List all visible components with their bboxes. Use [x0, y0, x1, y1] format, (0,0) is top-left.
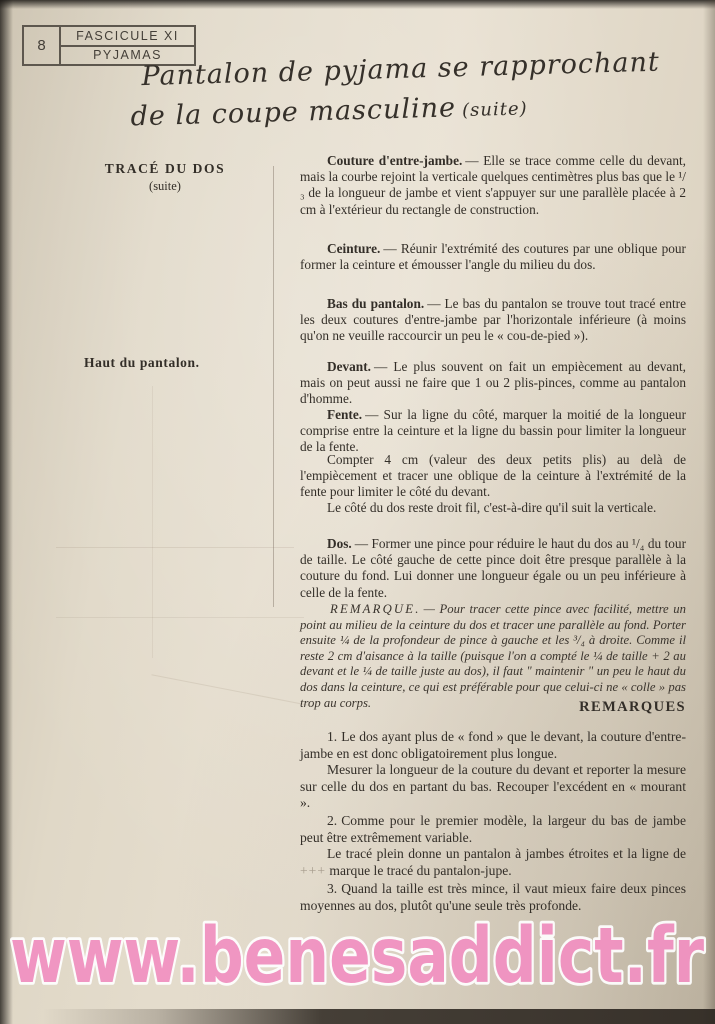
paragraph-lead: Devant. [327, 359, 371, 374]
paragraph-body: Compter 4 cm (valeur des deux petits pli… [300, 452, 686, 499]
item-text: Le tracé plein donne un pantalon à jambe… [327, 846, 686, 861]
photo-edge-left [0, 0, 13, 1024]
paragraph-fente: Fente.— Sur la ligne du côté, marquer la… [300, 407, 686, 456]
photo-edge-bottom [0, 1009, 715, 1024]
paragraph-remarque-italic: REMARQUE.— Pour tracer cette pince avec … [300, 602, 686, 711]
paragraph-lead: Bas du pantalon. [327, 296, 424, 311]
paragraph-lead: Dos. [327, 536, 352, 551]
page-number: 8 [24, 27, 61, 64]
ghost-print-through-line [56, 547, 294, 548]
page-title-line2-text: de la coupe masculine [130, 92, 456, 132]
paragraph-compter: Compter 4 cm (valeur des deux petits pli… [300, 452, 686, 501]
paragraph-body: — Former une pince pour réduire le haut … [300, 536, 686, 600]
page-title-line2: de la coupe masculine(suite) [130, 87, 661, 133]
item-text: Comme pour le premier modèle, la largeur… [300, 813, 686, 845]
scanned-document-page: 8 FASCICULE XI PYJAMAS Pantalon de pyjam… [0, 0, 715, 1024]
photo-edge-top [0, 0, 715, 9]
remarques-heading: REMARQUES [300, 699, 686, 716]
page-title-suite: (suite) [462, 98, 528, 121]
watermark-text: www.benesaddict.fr [10, 912, 704, 1001]
paragraph-lead: Fente. [327, 407, 362, 422]
section-label-trace-du-dos: TRACÉ DU DOS (suite) [86, 161, 244, 194]
remarque-body: — Pour tracer cette pince avec facilité,… [300, 602, 686, 710]
remarques-item-2-continued: Le tracé plein donne un pantalon à jambe… [300, 846, 686, 879]
item-text: Le dos ayant plus de « fond » que le dev… [300, 729, 686, 761]
paragraph-ceinture: Ceinture.— Réunir l'extrémité des coutur… [300, 241, 686, 273]
item-number: 3. [327, 881, 337, 896]
remarque-lead: REMARQUE. [330, 602, 421, 616]
paragraph-lead: Ceinture. [327, 241, 380, 256]
column-rule-line [273, 166, 274, 607]
watermark: www.benesaddict.fr [0, 898, 715, 1018]
page-title: Pantalon de pyjama se rapprochant de la … [129, 47, 661, 133]
ghost-print-through-line [151, 674, 313, 706]
trace-du-dos-text: TRACÉ DU DOS [86, 161, 244, 177]
paragraph-couture-entre-jambe: Couture d'entre-jambe.— Elle se trace co… [300, 153, 686, 218]
trace-du-dos-suite: (suite) [86, 179, 244, 194]
paragraph-cote-du-dos: Le côté du dos reste droit fil, c'est-à-… [300, 500, 686, 516]
remarques-item-1: 1.Le dos ayant plus de « fond » que le d… [300, 729, 686, 762]
paragraph-dos: Dos.— Former une pince pour réduire le h… [300, 536, 686, 601]
fascicule-label: FASCICULE XI [61, 27, 194, 47]
page-title-line1: Pantalon de pyjama se rapprochant [141, 47, 660, 92]
item-number: 2. [327, 813, 337, 828]
paragraph-body: Le côté du dos reste droit fil, c'est-à-… [327, 500, 656, 515]
item-text: Quand la taille est très mince, il vaut … [300, 881, 686, 913]
photo-edge-right [703, 0, 715, 1024]
paragraph-bas-du-pantalon: Bas du pantalon.— Le bas du pantalon se … [300, 296, 686, 345]
section-label-haut-du-pantalon: Haut du pantalon. [84, 355, 200, 371]
badge-rows: FASCICULE XI PYJAMAS [61, 27, 194, 64]
remarques-item-2: 2.Comme pour le premier modèle, la large… [300, 813, 686, 846]
paragraph-lead: Couture d'entre-jambe. [327, 153, 462, 168]
item-number: 1. [327, 729, 337, 744]
plus-line-symbol: +++ [300, 863, 326, 878]
remarques-item-1-continued: Mesurer la longueur de la couture du dev… [300, 762, 686, 812]
ghost-print-through-line [56, 617, 304, 618]
paragraph-devant: Devant.— Le plus souvent on fait un empi… [300, 359, 686, 408]
ghost-print-through-line [152, 386, 153, 658]
remarques-item-3: 3.Quand la taille est très mince, il vau… [300, 881, 686, 914]
item-text: marque le tracé du pantalon-jupe. [326, 863, 512, 878]
